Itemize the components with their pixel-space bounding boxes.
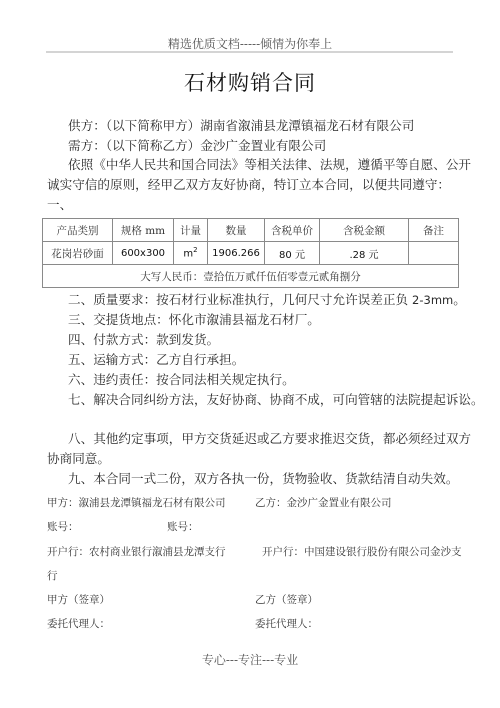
party-b-seal: 乙方（签章） [255, 593, 318, 607]
clause-2: 二、质量要求：按石材行业标准执行，几何尺寸允许误差正负 2-3mm。 [68, 292, 466, 308]
supplier-line: 供方：（以下简称甲方）湖南省溆浦县龙潭镇福龙石材有限公司 [68, 118, 414, 134]
clause-2-tolerance: 2-3mm [412, 293, 453, 307]
total-in-words: 大写人民币：壹拾伍万贰仟伍佰零壹元贰角捌分 [43, 265, 459, 288]
cell-unit-price: 80 元 [265, 242, 320, 265]
party-b-bank-line-1: 开户行：中国建设银行股份有限公司金沙支 [262, 545, 462, 559]
cell-remark [409, 242, 459, 265]
party-b-agent: 委托代理人： [255, 617, 318, 631]
party-b-name: 乙方：金沙广金置业有限公司 [255, 496, 392, 510]
party-a-seal: 甲方（签章） [47, 593, 110, 607]
header-divider [46, 51, 453, 53]
buyer-line: 需方：（以下简称乙方）金沙广金置业有限公司 [68, 138, 326, 154]
document-title: 石材购销合同 [0, 67, 500, 97]
clause-4: 四、付款方式：款到发货。 [68, 332, 219, 348]
party-a-bank: 开户行：农村商业银行溆浦县龙潭支行 [47, 545, 226, 559]
preamble-line-1: 依照《中华人民共和国合同法》等相关法律、法规，遵循平等自愿、公开 [68, 157, 471, 173]
header-cell-unit-price: 含税单价 [265, 219, 320, 242]
header-cell-spec: 规格 mm [113, 219, 174, 242]
party-b-account: 账号： [167, 520, 199, 534]
cell-unit: m2 [174, 242, 208, 265]
page-header: 精选优质文档-----倾情为你奉上 [0, 35, 500, 52]
party-b-bank-line-2: 行 [47, 569, 58, 583]
party-a-name: 甲方：溆浦县龙潭镇福龙石材有限公司 [47, 496, 226, 510]
table-header-row: 产品类别 规格 mm 计量 数量 含税单价 含税金额 备注 [43, 219, 459, 242]
cell-spec: 600x300 [113, 242, 174, 265]
unit-base: m [183, 249, 193, 260]
clause-5: 五、运输方式：乙方自行承担。 [68, 352, 244, 368]
cell-quantity: 1906.266 [208, 242, 265, 265]
header-cell-amount: 含税金额 [320, 219, 409, 242]
header-cell-quantity: 数量 [208, 219, 265, 242]
unit-superscript: 2 [193, 246, 197, 254]
section-one-label: 一、 [47, 197, 72, 213]
clause-3: 三、交提货地点：怀化市溆浦县福龙石材厂。 [68, 312, 320, 328]
clause-8-line-2: 协商同意。 [47, 451, 110, 467]
table-row: 花岗岩砂面 600x300 m2 1906.266 80 元 .28 元 [43, 242, 459, 265]
table-total-row: 大写人民币：壹拾伍万贰仟伍佰零壹元贰角捌分 [43, 265, 459, 288]
clause-8-line-1: 八、其他约定事项，甲方交货延迟或乙方要求推迟交货，都必须经过双方 [68, 431, 471, 447]
header-cell-category: 产品类别 [43, 219, 113, 242]
clause-2-text: 二、质量要求：按石材行业标准执行，几何尺寸允许误差正负 [68, 292, 412, 307]
header-spec-label: 规格 mm [121, 225, 165, 237]
page-footer: 专心---专注---专业 [0, 651, 500, 668]
header-cell-remark: 备注 [409, 219, 459, 242]
party-a-agent: 委托代理人： [47, 617, 110, 631]
cell-category: 花岗岩砂面 [43, 242, 113, 265]
goods-table: 产品类别 规格 mm 计量 数量 含税单价 含税金额 备注 花岗岩砂面 600x… [42, 218, 459, 288]
clause-9: 九、本合同一式二份，双方各执一份，货物验收、货款结清自动失效。 [68, 471, 458, 487]
party-a-account: 账号： [47, 520, 79, 534]
preamble-line-2: 诚实守信的原则，经甲乙双方友好协商，特订立本合同，以便共同遵守： [47, 177, 450, 193]
header-cell-unit: 计量 [174, 219, 208, 242]
clause-7: 七、解决合同纠纷方法，友好协商、协商不成，可向管辖的法院提起诉讼。 [68, 392, 484, 408]
clause-2-end: 。 [453, 292, 466, 307]
clause-6: 六、违约责任：按合同法相关规定执行。 [68, 372, 295, 388]
cell-amount: .28 元 [320, 242, 409, 265]
